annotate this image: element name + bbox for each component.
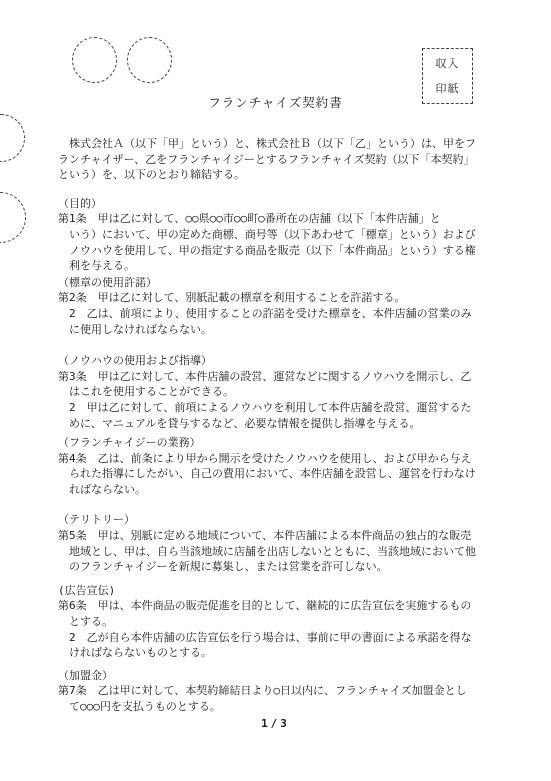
- intro-line: ランチャイザー、乙をフランチャイジーとするフランチャイズ契約（以下「本契約」: [58, 152, 488, 168]
- section-line: 利を与える。: [58, 258, 488, 274]
- seal-placeholder-circle-icon: [127, 37, 172, 83]
- intro-line: という）を、以下のとおり締結する。: [58, 167, 488, 183]
- contract-section: （テリトリー）第5条 甲は、別紙に定める地域について、本件店舗による本件商品の独…: [58, 512, 488, 574]
- seal-placeholder-circle-icon: [72, 37, 117, 83]
- section-line: て○○○円を支払うものとする。: [58, 699, 488, 715]
- tally-seal-circle-icon: [0, 192, 26, 243]
- section-heading: （目的）: [58, 196, 488, 212]
- section-line: とする。: [58, 614, 488, 630]
- section-heading: （加盟金）: [58, 668, 488, 684]
- tally-seal-circle-icon: [0, 114, 25, 162]
- section-line: はこれを使用することができる。: [58, 384, 488, 400]
- section-heading: (広告宣伝): [58, 583, 488, 599]
- section-line: いう）において、甲の定めた商標、商号等（以下あわせて「標章」という）および: [58, 227, 488, 243]
- section-line: 2 甲は乙に対して、前項によるノウハウを利用して本件店舗を設営、運営するた: [58, 400, 488, 416]
- revenue-stamp-text-line1: 収入: [436, 51, 460, 76]
- section-heading: （フランチャイジーの業務）: [58, 435, 488, 451]
- section-line: めに、マニュアルを貸与するなど、必要な情報を提供し指導を与える。: [58, 416, 488, 432]
- section-line: 第5条 甲は、別紙に定める地域について、本件店舗による本件商品の独占的な販売: [58, 528, 488, 544]
- section-line: 第2条 甲は乙に対して、別紙記載の標章を利用することを許諾する。: [58, 290, 488, 306]
- section-line: 第1条 甲は乙に対して、○○県○○市○○町○番所在の店舗（以下「本件店舗」と: [58, 211, 488, 227]
- section-line: られた指導にしたがい、自己の費用において、本件店舗を設営し、運営を行わなけ: [58, 466, 488, 482]
- section-line: ノウハウを使用して、甲の指定する商品を販売（以下「本件商品」という）する権: [58, 243, 488, 259]
- section-line: ければならないものとする。: [58, 645, 488, 661]
- page-number: 1/3: [0, 717, 551, 730]
- section-line: 2 乙は、前項により、使用することの許諾を受けた標章を、本件店舗の営業のみ: [58, 306, 488, 322]
- section-line: 第4条 乙は、前条により甲から開示を受けたノウハウを使用し、および甲から与え: [58, 451, 488, 467]
- section-line: 第7条 乙は甲に対して、本契約締結日より○日以内に、フランチャイズ加盟金とし: [58, 683, 488, 699]
- section-line: のフランチャイジーを新規に募集し、または営業を許可しない。: [58, 559, 488, 575]
- contract-section: (広告宣伝)第6条 甲は、本件商品の販売促進を目的として、継続的に広告宣伝を実施…: [58, 583, 488, 661]
- section-line: 地域とし、甲は、自ら当該地域に店舗を出店しないとともに、当該地域において他: [58, 544, 488, 560]
- contract-section: （加盟金）第7条 乙は甲に対して、本契約締結日より○日以内に、フランチャイズ加盟…: [58, 668, 488, 715]
- contract-section: （フランチャイジーの業務）第4条 乙は、前条により甲から開示を受けたノウハウを使…: [58, 435, 488, 497]
- section-heading: （ノウハウの使用および指導）: [58, 353, 488, 369]
- section-heading: （テリトリー）: [58, 512, 488, 528]
- section-heading: （標章の使用許諾）: [58, 275, 488, 291]
- contract-section: （標章の使用許諾）第2条 甲は乙に対して、別紙記載の標章を利用することを許諾する…: [58, 275, 488, 337]
- section-line: に使用しなければならない。: [58, 322, 488, 338]
- section-line: ればならない。: [58, 482, 488, 498]
- section-line: 第3条 甲は乙に対して、本件店舗の設営、運営などに関するノウハウを開示し、乙: [58, 369, 488, 385]
- document-body: 株式会社Ａ（以下「甲」という）と、株式会社Ｂ（以下「乙」という）は、甲をフランチ…: [58, 136, 488, 715]
- contract-section: （目的）第1条 甲は乙に対して、○○県○○市○○町○番所在の店舗（以下「本件店舗…: [58, 196, 488, 274]
- contract-section: （ノウハウの使用および指導）第3条 甲は乙に対して、本件店舗の設営、運営などに関…: [58, 353, 488, 431]
- section-line: 2 乙が自ら本件店舗の広告宣伝を行う場合は、事前に甲の書面による承諾を得な: [58, 630, 488, 646]
- intro-line: 株式会社Ａ（以下「甲」という）と、株式会社Ｂ（以下「乙」という）は、甲をフ: [58, 136, 488, 152]
- contract-document-page: 収入 印紙 フランチャイズ契約書 株式会社Ａ（以下「甲」という）と、株式会社Ｂ（…: [0, 0, 551, 781]
- section-line: 第6条 甲は、本件商品の販売促進を目的として、継続的に広告宣伝を実施するもの: [58, 598, 488, 614]
- document-title: フランチャイズ契約書: [0, 93, 551, 111]
